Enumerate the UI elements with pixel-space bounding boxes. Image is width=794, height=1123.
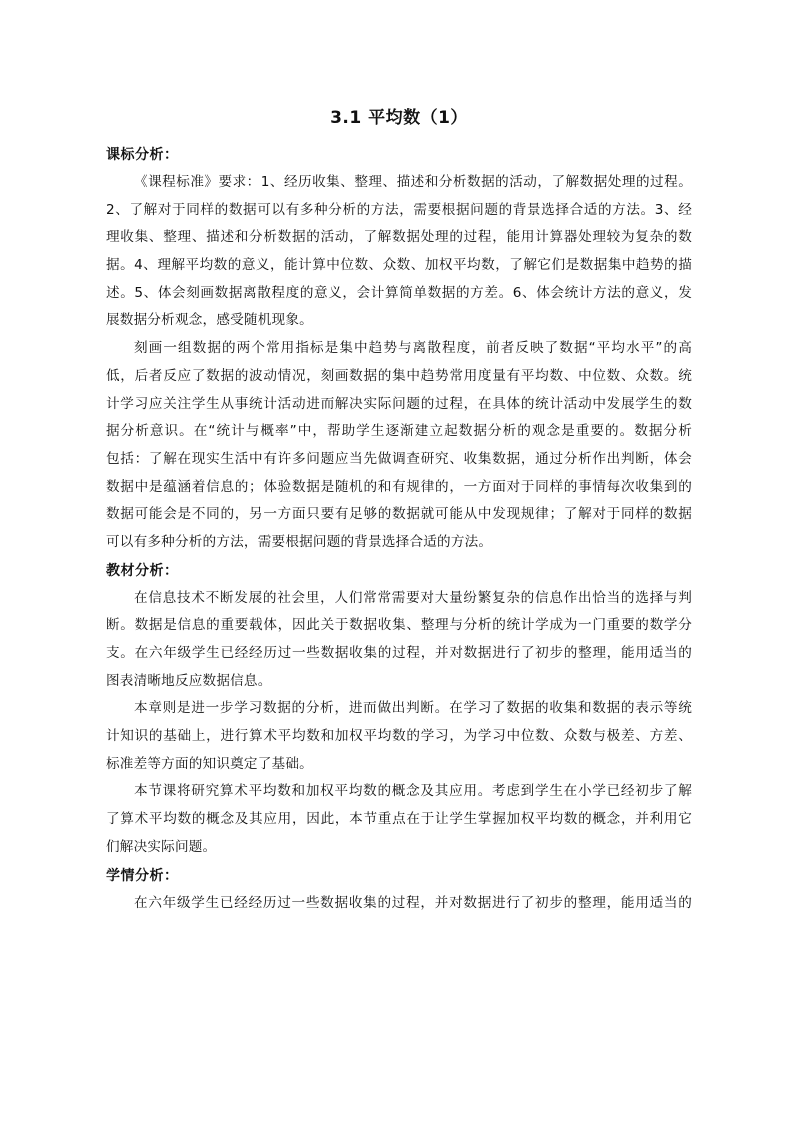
text-line: 标准差等方面的知识奠定了基础。 <box>106 751 692 779</box>
text-line: 低，后者反应了数据的波动情况，刻画数据的集中趋势常用度量有平均数、中位数、众数。… <box>106 363 692 391</box>
paragraph: 在信息技术不断发展的社会里，人们常常需要对大量纷繁复杂的信息作出恰当的选择与判 … <box>106 585 692 696</box>
text-line: 刻画一组数据的两个常用指标是集中趋势与离散程度，前者反映了数据“平均水平”的高 <box>106 335 692 363</box>
paragraph: 《课程标准》要求：1、经历收集、整理、描述和分析数据的活动，了解数据处理的过程。… <box>106 169 692 335</box>
text-line: 数据可能会是不同的，另一方面只要有足够的数据就可能从中发现规律；了解对于同样的数… <box>106 501 692 529</box>
paragraph: 本章则是进一步学习数据的分析，进而做出判断。在学习了数据的收集和数据的表示等统 … <box>106 695 692 778</box>
document-title: 3.1 平均数（1） <box>106 104 692 132</box>
text-line: 展数据分析观念，感受随机现象。 <box>106 307 692 335</box>
text-line: 《课程标准》要求：1、经历收集、整理、描述和分析数据的活动，了解数据处理的过程。 <box>106 169 692 197</box>
text-line: 2、了解对于同样的数据可以有多种分析的方法，需要根据问题的背景选择合适的方法。3… <box>106 197 692 225</box>
section-textbook-analysis: 教材分析： 在信息技术不断发展的社会里，人们常常需要对大量纷繁复杂的信息作出恰当… <box>106 557 692 862</box>
paragraph: 刻画一组数据的两个常用指标是集中趋势与离散程度，前者反映了数据“平均水平”的高 … <box>106 335 692 557</box>
text-line: 本章则是进一步学习数据的分析，进而做出判断。在学习了数据的收集和数据的表示等统 <box>106 695 692 723</box>
paragraph: 在六年级学生已经经历过一些数据收集的过程，并对数据进行了初步的整理，能用适当的 <box>106 890 692 918</box>
section-heading: 教材分析： <box>106 557 692 585</box>
text-line: 断。数据是信息的重要载体，因此关于数据收集、整理与分析的统计学成为一门重要的数学… <box>106 612 692 640</box>
text-line: 图表清晰地反应数据信息。 <box>106 668 692 696</box>
text-line: 在信息技术不断发展的社会里，人们常常需要对大量纷繁复杂的信息作出恰当的选择与判 <box>106 585 692 613</box>
text-line: 述。5、体会刻画数据离散程度的意义，会计算简单数据的方差。6、体会统计方法的意义… <box>106 280 692 308</box>
section-heading: 课标分析： <box>106 141 692 169</box>
section-student-analysis: 学情分析： 在六年级学生已经经历过一些数据收集的过程，并对数据进行了初步的整理，… <box>106 862 692 918</box>
text-line: 支。在六年级学生已经经历过一些数据收集的过程，并对数据进行了初步的整理，能用适当… <box>106 640 692 668</box>
text-line: 计知识的基础上，进行算术平均数和加权平均数的学习，为学习中位数、众数与极差、方差… <box>106 723 692 751</box>
text-line: 可以有多种分析的方法，需要根据问题的背景选择合适的方法。 <box>106 529 692 557</box>
text-line: 本节课将研究算术平均数和加权平均数的概念及其应用。考虑到学生在小学已经初步了解 <box>106 778 692 806</box>
text-line: 了算术平均数的概念及其应用，因此，本节重点在于让学生掌握加权平均数的概念，并利用… <box>106 806 692 834</box>
paragraph: 本节课将研究算术平均数和加权平均数的概念及其应用。考虑到学生在小学已经初步了解 … <box>106 778 692 861</box>
text-line: 据分析意识。在“统计与概率”中，帮助学生逐渐建立起数据分析的观念是重要的。数据分… <box>106 418 692 446</box>
text-line: 包括：了解在现实生活中有许多问题应当先做调查研究、收集数据，通过分析作出判断，体… <box>106 446 692 474</box>
section-heading: 学情分析： <box>106 862 692 890</box>
text-line: 在六年级学生已经经历过一些数据收集的过程，并对数据进行了初步的整理，能用适当的 <box>106 890 692 918</box>
text-line: 数据中是蕴涵着信息的；体验数据是随机的和有规律的，一方面对于同样的事情每次收集到… <box>106 474 692 502</box>
section-curriculum-analysis: 课标分析： 《课程标准》要求：1、经历收集、整理、描述和分析数据的活动，了解数据… <box>106 141 692 557</box>
document-page: 3.1 平均数（1） 课标分析： 《课程标准》要求：1、经历收集、整理、描述和分… <box>106 104 692 917</box>
text-line: 计学习应关注学生从事统计活动进而解决实际问题的过程，在具体的统计活动中发展学生的… <box>106 391 692 419</box>
text-line: 们解决实际问题。 <box>106 834 692 862</box>
text-line: 理收集、整理、描述和分析数据的活动，了解数据处理的过程，能用计算器处理较为复杂的… <box>106 224 692 252</box>
text-line: 据。4、理解平均数的意义，能计算中位数、众数、加权平均数，了解它们是数据集中趋势… <box>106 252 692 280</box>
